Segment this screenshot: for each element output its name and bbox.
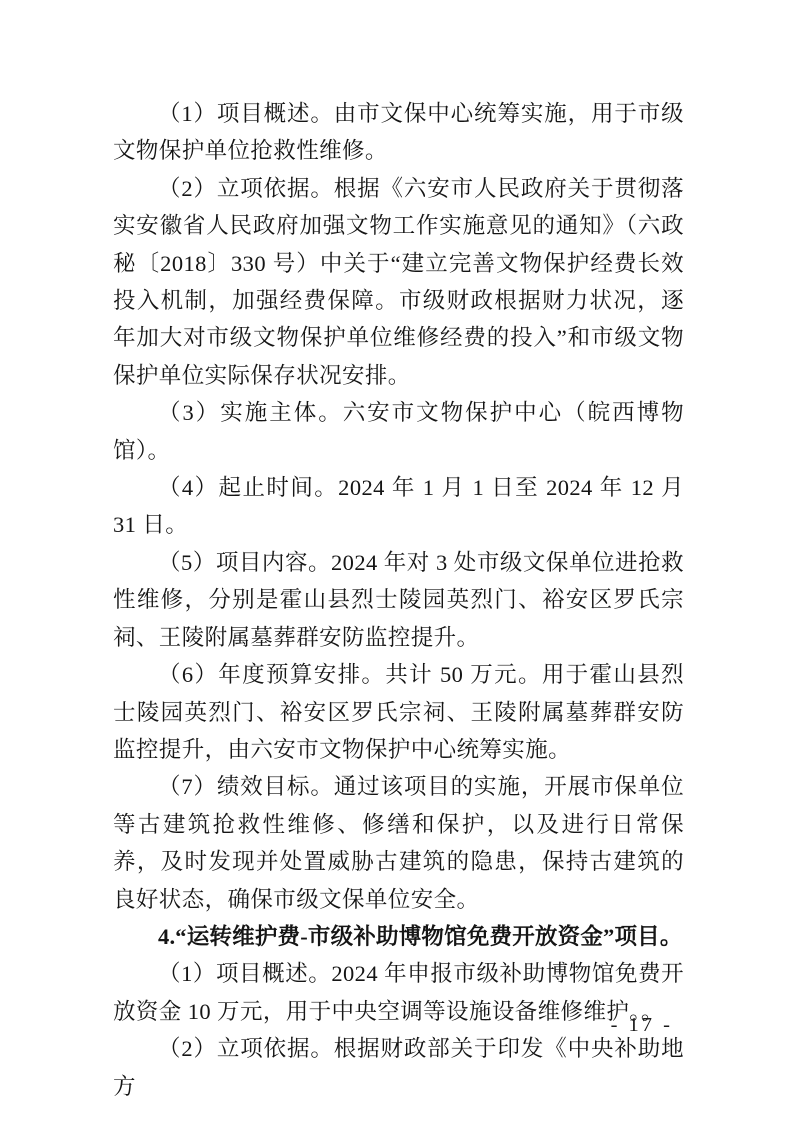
paragraph-9-project-basis: （2）立项依据。根据财政部关于印发《中央补助地方	[113, 1030, 684, 1105]
page-number: - 17 -	[611, 1014, 673, 1037]
section-4-heading: 4.“运转维护费-市级补助博物馆免费开放资金”项目。	[113, 918, 684, 955]
paragraph-2-project-basis: （2）立项依据。根据《六安市人民政府关于贯彻落实安徽省人民政府加强文物工作实施意…	[113, 170, 684, 394]
paragraph-6-annual-budget: （6）年度预算安排。共计 50 万元。用于霍山县烈士陵园英烈门、裕安区罗氏宗祠、…	[113, 656, 684, 768]
document-page: （1）项目概述。由市文保中心统筹实施，用于市级文物保护单位抢救性维修。 （2）立…	[0, 0, 793, 1122]
paragraph-4-time-period: （4）起止时间。2024 年 1 月 1 日至 2024 年 12 月 31 日…	[113, 469, 684, 544]
paragraph-3-implementing-entity: （3）实施主体。六安市文物保护中心（皖西博物馆）。	[113, 394, 684, 469]
paragraph-8-project-overview: （1）项目概述。2024 年申报市级补助博物馆免费开放资金 10 万元，用于中央…	[113, 955, 684, 1030]
document-body: （1）项目概述。由市文保中心统筹实施，用于市级文物保护单位抢救性维修。 （2）立…	[113, 95, 684, 1105]
paragraph-5-project-content: （5）项目内容。2024 年对 3 处市级文保单位进抢救性维修，分别是霍山县烈士…	[113, 544, 684, 656]
paragraph-7-performance-goal: （7）绩效目标。通过该项目的实施，开展市保单位等古建筑抢救性维修、修缮和保护，以…	[113, 768, 684, 918]
paragraph-1-project-overview: （1）项目概述。由市文保中心统筹实施，用于市级文物保护单位抢救性维修。	[113, 95, 684, 170]
